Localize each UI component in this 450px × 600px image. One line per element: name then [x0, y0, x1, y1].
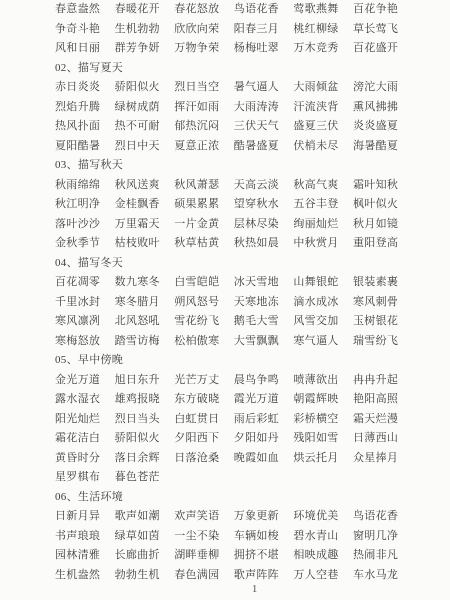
idiom-text: 雪花纷飞	[174, 312, 234, 332]
idiom-text: 拥挤不堪	[234, 546, 294, 566]
idiom-text: 一尘不染	[174, 527, 234, 547]
section-header: 04、描写冬天	[55, 254, 413, 274]
idiom-text: 残阳如雪	[293, 429, 353, 449]
idiom-text: 鹅毛大雪	[234, 312, 294, 332]
idiom-text: 草长莺飞	[353, 20, 413, 40]
idiom-text: 雨后彩虹	[234, 410, 294, 430]
idiom-row: 日新月异歌声如潮欢声笑语万象更新环境优美鸟语花香	[55, 507, 413, 527]
page-number: 1	[252, 584, 257, 595]
idiom-text: 阳春三月	[234, 20, 294, 40]
idiom-text: 秋热如晨	[234, 234, 294, 254]
idiom-text: 松柏傲寒	[174, 332, 234, 352]
idiom-text: 湖畔垂柳	[174, 546, 234, 566]
idiom-text: 寒风刺骨	[353, 293, 413, 313]
idiom-text: 霞光万道	[234, 390, 294, 410]
idiom-text: 万人空巷	[293, 566, 353, 586]
idiom-text: 朝霞辉映	[293, 390, 353, 410]
idiom-row: 千里冰封寒冬腊月朔风怒号天寒地冻滴水成冰寒风刺骨	[55, 293, 413, 313]
idiom-text: 望穿秋水	[234, 195, 294, 215]
idiom-text: 霜叶知秋	[353, 176, 413, 196]
idiom-text: 晨鸟争鸣	[234, 371, 294, 391]
idiom-text: 大雨倾盆	[293, 78, 353, 98]
idiom-text: 热闹非凡	[353, 546, 413, 566]
idiom-text: 郁热沉闷	[174, 117, 234, 137]
idiom-text: 日新月异	[55, 507, 115, 527]
idiom-text: 夏意正浓	[174, 137, 234, 157]
idiom-text: 冉冉升起	[353, 371, 413, 391]
idiom-text: 园林清雅	[55, 546, 115, 566]
idiom-text: 莺歌燕舞	[293, 0, 353, 20]
idiom-text: 烈日当头	[115, 410, 175, 430]
idiom-text: 窗明几净	[353, 527, 413, 547]
idiom-text: 光芒万丈	[174, 371, 234, 391]
idiom-text: 桃红柳绿	[293, 20, 353, 40]
section-header: 05、早中傍晚	[55, 351, 413, 371]
idiom-text: 春花怒放	[174, 0, 234, 20]
idiom-text: 争奇斗艳	[55, 20, 115, 40]
idiom-text: 秋月如镜	[353, 215, 413, 235]
idiom-text: 枯枝败叶	[115, 234, 175, 254]
idiom-text: 生机盎然	[55, 566, 115, 586]
idiom-row: 夏阳酷暑烈日中天夏意正浓酷暑盛夏伏梢未尽海暑酷夏	[55, 137, 413, 157]
idiom-text: 北风怒吼	[115, 312, 175, 332]
idiom-text: 骄阳似火	[115, 429, 175, 449]
idiom-text: 熏风拂拂	[353, 98, 413, 118]
idiom-text: 夕阳西下	[174, 429, 234, 449]
section-header: 03、描写秋天	[55, 156, 413, 176]
idiom-text: 阳光灿烂	[55, 410, 115, 430]
idiom-text: 大雨涛涛	[234, 98, 294, 118]
idiom-text: 秋风送爽	[115, 176, 175, 196]
idiom-row: 烈焰升腾绿树成荫挥汗如雨大雨涛涛汗流浃背熏风拂拂	[55, 98, 413, 118]
idiom-text: 枫叶似火	[353, 195, 413, 215]
idiom-text: 中秋赏月	[293, 234, 353, 254]
idiom-row: 落叶沙沙万里霜天一片金黄层林尽染绚丽灿烂秋月如镜	[55, 215, 413, 235]
idiom-text: 生机勃勃	[115, 20, 175, 40]
idiom-text: 踏雪访梅	[115, 332, 175, 352]
idiom-text: 朔风怒号	[174, 293, 234, 313]
idiom-text: 喷薄欲出	[293, 371, 353, 391]
idiom-text: 夕阳如丹	[234, 429, 294, 449]
idiom-text: 冰天雪地	[234, 273, 294, 293]
idiom-text: 霜花洁白	[55, 429, 115, 449]
idiom-text: 车水马龙	[353, 566, 413, 586]
idiom-text: 黄昏时分	[55, 449, 115, 469]
idiom-text: 大雪飘飘	[234, 332, 294, 352]
idiom-text: 万物争荣	[174, 39, 234, 59]
idiom-text: 风雪交加	[293, 312, 353, 332]
idiom-text: 重阳登高	[353, 234, 413, 254]
idiom-text: 欢声笑语	[174, 507, 234, 527]
idiom-row: 争奇斗艳生机勃勃欣欣向荣阳春三月桃红柳绿草长莺飞	[55, 20, 413, 40]
idiom-text: 酷暑盛夏	[234, 137, 294, 157]
idiom-row: 百花凋零数九寒冬白雪皑皑冰天雪地山舞银蛇银装素裹	[55, 273, 413, 293]
idiom-text: 绿树成荫	[115, 98, 175, 118]
idiom-text: 烈焰升腾	[55, 98, 115, 118]
idiom-text: 杨梅吐翠	[234, 39, 294, 59]
idiom-text: 长廊曲折	[115, 546, 175, 566]
idiom-text: 车辆如梭	[234, 527, 294, 547]
idiom-text: 东方破晓	[174, 390, 234, 410]
idiom-row: 热风扑面热不可耐郁热沉闷三伏天气盛夏三伏炎炎盛夏	[55, 117, 413, 137]
idiom-text: 众星捧月	[353, 449, 413, 469]
idiom-text: 晚霞如血	[234, 449, 294, 469]
idiom-text: 群芳争妍	[115, 39, 175, 59]
idiom-text: 一片金黄	[174, 215, 234, 235]
idiom-text: 瑞雪纷飞	[353, 332, 413, 352]
idiom-text: 海暑酷夏	[353, 137, 413, 157]
idiom-text: 鸟语花香	[234, 0, 294, 20]
idiom-text: 欣欣向荣	[174, 20, 234, 40]
idiom-text: 三伏天气	[234, 117, 294, 137]
idiom-text: 万象更新	[234, 507, 294, 527]
idiom-text: 炎炎盛夏	[353, 117, 413, 137]
idiom-text: 秋雨绵绵	[55, 176, 115, 196]
idiom-text: 艳阳高照	[353, 390, 413, 410]
idiom-text: 秋高气爽	[293, 176, 353, 196]
idiom-text: 白虹贯日	[174, 410, 234, 430]
idiom-text: 千里冰封	[55, 293, 115, 313]
idiom-text: 落叶沙沙	[55, 215, 115, 235]
document-content: 春意盎然春暖花开春花怒放鸟语花香莺歌燕舞百花争艳争奇斗艳生机勃勃欣欣向荣阳春三月…	[55, 0, 413, 585]
idiom-text: 勃勃生机	[115, 566, 175, 586]
idiom-text: 金桂飘香	[115, 195, 175, 215]
idiom-text: 秋草枯黄	[174, 234, 234, 254]
idiom-row: 生机盎然勃勃生机春色满园歌声阵阵万人空巷车水马龙	[55, 566, 413, 586]
idiom-row: 金秋季节枯枝败叶秋草枯黄秋热如晨中秋赏月重阳登高	[55, 234, 413, 254]
idiom-text: 山舞银蛇	[293, 273, 353, 293]
idiom-text: 白雪皑皑	[174, 273, 234, 293]
idiom-text: 鸟语花香	[353, 507, 413, 527]
idiom-text: 雄鸡报晓	[115, 390, 175, 410]
idiom-text: 金秋季节	[55, 234, 115, 254]
idiom-text: 万里霜天	[115, 215, 175, 235]
idiom-row: 寒梅怒放踏雪访梅松柏傲寒大雪飘飘寒气逼人瑞雪纷飞	[55, 332, 413, 352]
idiom-text: 霜天烂漫	[353, 410, 413, 430]
idiom-text: 秋风萧瑟	[174, 176, 234, 196]
idiom-row: 春意盎然春暖花开春花怒放鸟语花香莺歌燕舞百花争艳	[55, 0, 413, 20]
idiom-text: 层林尽染	[234, 215, 294, 235]
idiom-row: 秋雨绵绵秋风送爽秋风萧瑟天高云淡秋高气爽霜叶知秋	[55, 176, 413, 196]
idiom-row: 金光万道旭日东升光芒万丈晨鸟争鸣喷薄欲出冉冉升起	[55, 371, 413, 391]
idiom-text: 歌声如潮	[115, 507, 175, 527]
idiom-text: 数九寒冬	[115, 273, 175, 293]
idiom-text: 烈日中天	[115, 137, 175, 157]
idiom-text: 露水湿衣	[55, 390, 115, 410]
idiom-row: 寒风凛冽北风怒吼雪花纷飞鹅毛大雪风雪交加玉树银花	[55, 312, 413, 332]
idiom-row: 风和日丽群芳争妍万物争荣杨梅吐翠万木竞秀百花盛开	[55, 39, 413, 59]
idiom-text: 碧水青山	[293, 527, 353, 547]
idiom-text: 落日余辉	[115, 449, 175, 469]
idiom-row: 赤日炎炎骄阳似火烈日当空暑气逼人大雨倾盆滂沱大雨	[55, 78, 413, 98]
idiom-text: 暑气逼人	[234, 78, 294, 98]
idiom-text: 滴水成冰	[293, 293, 353, 313]
idiom-text: 暮色苍茫	[115, 468, 175, 488]
idiom-text: 寒气逼人	[293, 332, 353, 352]
idiom-text: 玉树银花	[353, 312, 413, 332]
idiom-text: 金光万道	[55, 371, 115, 391]
idiom-text: 盛夏三伏	[293, 117, 353, 137]
idiom-row: 星罗棋布暮色苍茫	[55, 468, 413, 488]
idiom-text: 滂沱大雨	[353, 78, 413, 98]
idiom-text: 春暖花开	[115, 0, 175, 20]
document-page: 春意盎然春暖花开春花怒放鸟语花香莺歌燕舞百花争艳争奇斗艳生机勃勃欣欣向荣阳春三月…	[0, 0, 450, 600]
idiom-text: 春意盎然	[55, 0, 115, 20]
idiom-text: 夏阳酷暑	[55, 137, 115, 157]
idiom-text: 伏梢未尽	[293, 137, 353, 157]
idiom-text: 彩桥横空	[293, 410, 353, 430]
idiom-text: 百花盛开	[353, 39, 413, 59]
idiom-text: 五谷丰登	[293, 195, 353, 215]
idiom-row: 露水湿衣雄鸡报晓东方破晓霞光万道朝霞辉映艳阳高照	[55, 390, 413, 410]
section-header: 02、描写夏天	[55, 59, 413, 79]
idiom-text: 天寒地冻	[234, 293, 294, 313]
idiom-row: 霜花洁白骄阳似火夕阳西下夕阳如丹残阳如雪日薄西山	[55, 429, 413, 449]
idiom-text: 日落沧桑	[174, 449, 234, 469]
idiom-text: 汗流浃背	[293, 98, 353, 118]
idiom-text: 百花争艳	[353, 0, 413, 20]
idiom-text: 相映成趣	[293, 546, 353, 566]
idiom-text: 绚丽灿烂	[293, 215, 353, 235]
idiom-text: 天高云淡	[234, 176, 294, 196]
idiom-text: 热不可耐	[115, 117, 175, 137]
idiom-text: 日薄西山	[353, 429, 413, 449]
idiom-row: 阳光灿烂烈日当头白虹贯日雨后彩虹彩桥横空霜天烂漫	[55, 410, 413, 430]
idiom-text: 银装素裹	[353, 273, 413, 293]
idiom-text: 寒梅怒放	[55, 332, 115, 352]
idiom-text: 骄阳似火	[115, 78, 175, 98]
idiom-text: 星罗棋布	[55, 468, 115, 488]
idiom-text: 挥汗如雨	[174, 98, 234, 118]
idiom-text: 绿草如茵	[115, 527, 175, 547]
idiom-row: 园林清雅长廊曲折湖畔垂柳拥挤不堪相映成趣热闹非凡	[55, 546, 413, 566]
idiom-text: 书声琅琅	[55, 527, 115, 547]
idiom-text: 寒风凛冽	[55, 312, 115, 332]
idiom-text: 歌声阵阵	[234, 566, 294, 586]
idiom-text: 热风扑面	[55, 117, 115, 137]
idiom-text: 寒冬腊月	[115, 293, 175, 313]
idiom-text: 秋江明净	[55, 195, 115, 215]
idiom-text: 烈日当空	[174, 78, 234, 98]
idiom-row: 黄昏时分落日余辉日落沧桑晚霞如血烘云托月众星捧月	[55, 449, 413, 469]
idiom-text: 烘云托月	[293, 449, 353, 469]
idiom-text: 赤日炎炎	[55, 78, 115, 98]
idiom-text: 春色满园	[174, 566, 234, 586]
idiom-text: 万木竞秀	[293, 39, 353, 59]
idiom-text: 环境优美	[293, 507, 353, 527]
section-header: 06、生活环境	[55, 488, 413, 508]
idiom-row: 书声琅琅绿草如茵一尘不染车辆如梭碧水青山窗明几净	[55, 527, 413, 547]
idiom-text: 风和日丽	[55, 39, 115, 59]
idiom-row: 秋江明净金桂飘香硕果累累望穿秋水五谷丰登枫叶似火	[55, 195, 413, 215]
idiom-text: 旭日东升	[115, 371, 175, 391]
idiom-text: 百花凋零	[55, 273, 115, 293]
idiom-text: 硕果累累	[174, 195, 234, 215]
